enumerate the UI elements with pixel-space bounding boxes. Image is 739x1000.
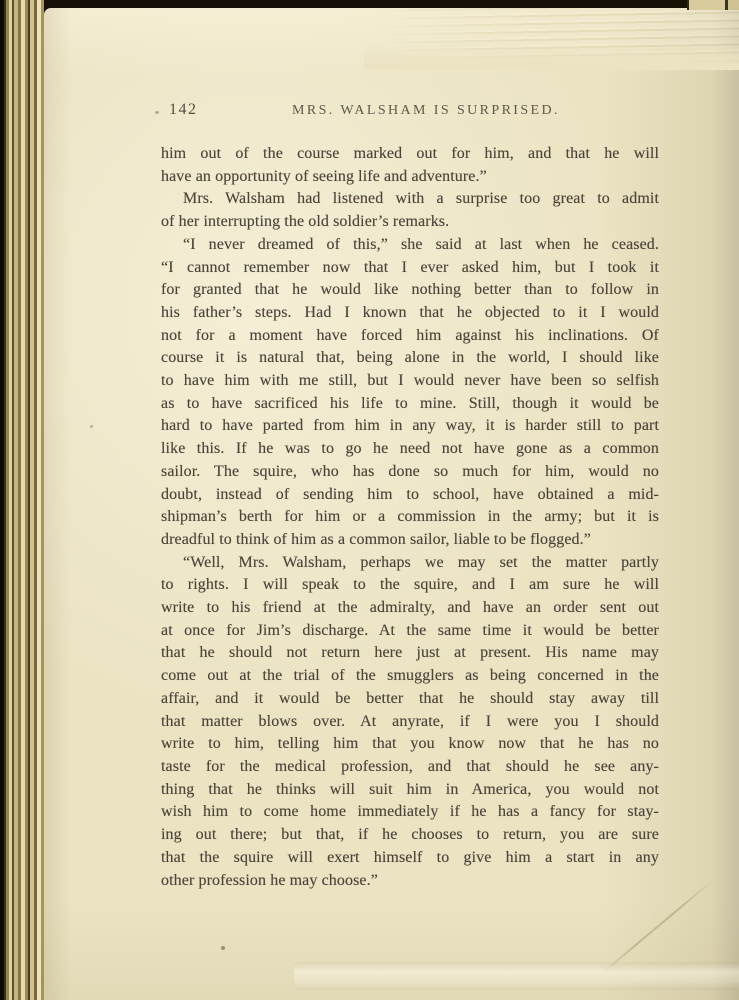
text-line: other profession he may choose.”	[161, 870, 659, 893]
text-line: have an opportunity of seeing life and a…	[161, 166, 659, 189]
book-page-edges	[0, 0, 44, 1000]
running-header: MRS. WALSHAM IS SURPRISED.	[292, 103, 560, 119]
paragraph: him out of the course marked out for him…	[161, 143, 659, 188]
text-line: thing that he thinks will suit him in Am…	[161, 779, 659, 802]
text-line: wish him to come home immediately if he …	[161, 801, 659, 824]
paragraph: Mrs. Walsham had listened with a surpris…	[161, 188, 659, 233]
paragraph: “I never dreamed of this,” she said at l…	[161, 234, 659, 552]
text-line: “I cannot remember now that I ever asked…	[161, 257, 659, 280]
text-line: hard to have parted from him in any way,…	[161, 415, 659, 438]
text-line: ing out there; but that, if he chooses t…	[161, 824, 659, 847]
page-header: 142 MRS. WALSHAM IS SURPRISED.	[161, 101, 659, 121]
text-line: like this. If he was to go he need not h…	[161, 438, 659, 461]
ink-speck	[155, 111, 159, 114]
top-page-fan-fade	[364, 44, 739, 70]
book-page: 142 MRS. WALSHAM IS SURPRISED. him out o…	[44, 8, 739, 1000]
text-line: of her interrupting the old soldier’s re…	[161, 211, 659, 234]
text-line: that the squire will exert himself to gi…	[161, 847, 659, 870]
text-line: dreadful to think of him as a common sai…	[161, 529, 659, 552]
text-line: shipman’s berth for him or a commission …	[161, 506, 659, 529]
page-number: 142	[169, 101, 198, 119]
text-line: write to him, telling him that you know …	[161, 733, 659, 756]
text-line: not for a moment have forced him against…	[161, 325, 659, 348]
text-line: write to his friend at the admiralty, an…	[161, 597, 659, 620]
paragraph: “Well, Mrs. Walsham, perhaps we may set …	[161, 552, 659, 893]
text-line: doubt, instead of sending him to school,…	[161, 484, 659, 507]
body-text: him out of the course marked out for him…	[161, 143, 659, 892]
text-line: as to have sacrificed his life to mine. …	[161, 393, 659, 416]
text-line: taste for the medical profession, and th…	[161, 756, 659, 779]
ink-speck	[221, 946, 225, 950]
text-line: course it is natural that, being alone i…	[161, 347, 659, 370]
text-line: that matter blows over. At anyrate, if I…	[161, 711, 659, 734]
page-emboss-mark	[294, 962, 739, 990]
text-line: Mrs. Walsham had listened with a surpris…	[161, 188, 659, 211]
text-line: that he should not return here just at p…	[161, 642, 659, 665]
text-line: sailor. The squire, who has done so much…	[161, 461, 659, 484]
scanned-book-page: 142 MRS. WALSHAM IS SURPRISED. him out o…	[0, 0, 739, 1000]
top-right-corner-pages	[687, 0, 739, 10]
text-line: come out at the trial of the smugglers a…	[161, 665, 659, 688]
text-line: for granted that he would like nothing b…	[161, 279, 659, 302]
text-line: his father’s steps. Had I known that he …	[161, 302, 659, 325]
text-line: “I never dreamed of this,” she said at l…	[161, 234, 659, 257]
text-line: affair, and it would be better that he s…	[161, 688, 659, 711]
ink-speck	[90, 425, 93, 428]
text-line: him out of the course marked out for him…	[161, 143, 659, 166]
text-line: “Well, Mrs. Walsham, perhaps we may set …	[161, 552, 659, 575]
text-line: to rights. I will speak to the squire, a…	[161, 574, 659, 597]
text-line: at once for Jim’s discharge. At the same…	[161, 620, 659, 643]
text-line: to have him with me still, but I would n…	[161, 370, 659, 393]
